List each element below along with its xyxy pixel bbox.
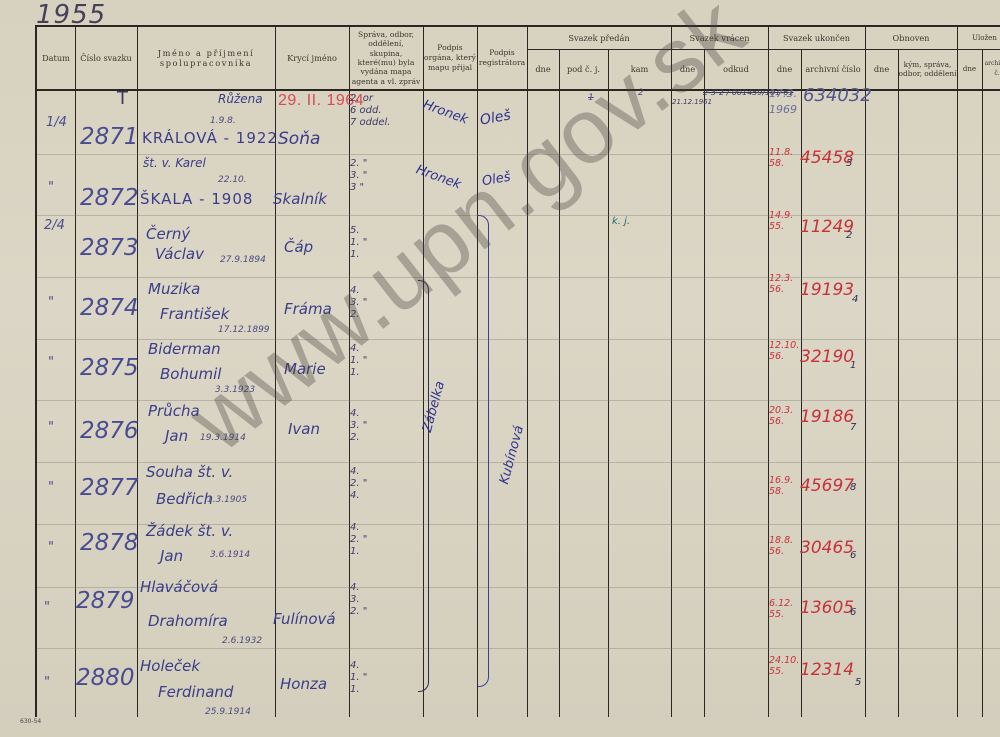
row-birth: 1.9.8. bbox=[210, 116, 236, 126]
row-archivni-cislo: 30465 bbox=[800, 538, 854, 558]
row-archiv-suffix: 8 bbox=[850, 482, 856, 493]
header-obnoven-kym: kým, správa, odbor, oddělení bbox=[898, 49, 957, 89]
row-predan-note: k. j. bbox=[612, 216, 630, 227]
row-sprava: 4. 2. " 4. bbox=[350, 466, 367, 502]
row-kryci-jmeno: Fulínová bbox=[273, 610, 336, 628]
header-obnoven: Obnoven bbox=[865, 27, 957, 49]
row-birth: 19.3.1914 bbox=[200, 433, 246, 443]
row-ukoncen-dne: 24.10. 55. bbox=[769, 655, 797, 677]
row-datum: " bbox=[44, 675, 50, 690]
row-sprava: 4. 3. " 2. bbox=[350, 285, 367, 321]
row-archiv-suffix: 7 bbox=[850, 422, 856, 433]
bracket-organ-signature bbox=[418, 280, 429, 692]
row-datum: 1/4 bbox=[46, 115, 67, 130]
header-kryci-jmeno: Krycí jméno bbox=[275, 27, 349, 89]
row-archivni-cislo: 45697 bbox=[800, 476, 854, 496]
row-archivni-cislo: 19193 bbox=[800, 280, 854, 300]
row-sprava: 4. 3. 2. " bbox=[350, 582, 367, 618]
header-podpis-registratora: Podpis registrátora bbox=[477, 27, 527, 89]
row-predan-pod-cj: 1 bbox=[588, 93, 594, 103]
row-ukoncen-dne: 12.10. 56. bbox=[769, 340, 797, 362]
row-cislo: 2872 bbox=[80, 185, 139, 211]
row-cislo: 2880 bbox=[76, 665, 135, 691]
row-ukoncen-dne: 11.8. 58. bbox=[769, 147, 797, 169]
row-archivni-cislo: 32190 bbox=[800, 347, 854, 367]
row-sprava: 4. 3. " 2. bbox=[350, 408, 367, 444]
row-archivni-cislo: 13605 bbox=[800, 598, 854, 618]
form-code: 630-54 bbox=[20, 718, 41, 725]
row-sprava: 4. 1. " 1. bbox=[350, 343, 367, 379]
row-kryci-jmeno: Fráma bbox=[284, 300, 332, 318]
row-sprava: 4. 2. " 1. bbox=[350, 522, 367, 558]
row-name-first: Biderman bbox=[148, 340, 221, 358]
row-name-first: Souha št. v. bbox=[146, 463, 233, 481]
header-predan-kam: kam bbox=[608, 49, 671, 89]
header-cislo-svazku: Číslo svazku bbox=[75, 27, 137, 89]
row-name-first: Muzika bbox=[148, 280, 200, 298]
row-archiv-suffix: 4 bbox=[852, 294, 858, 305]
row-kryci-jmeno: Skalník bbox=[273, 190, 327, 208]
row-vracen-dne: 21.12.1961 bbox=[672, 98, 712, 106]
row-name-last: Jan bbox=[165, 427, 188, 445]
row-name-first: Žádek št. v. bbox=[146, 522, 233, 540]
row-archivni-cislo: 12314 bbox=[800, 660, 854, 680]
row-cislo: 2871 bbox=[80, 124, 139, 150]
header-vracen-dne: dne bbox=[671, 49, 704, 89]
row-sprava: 5. 1. " 1. bbox=[350, 225, 367, 261]
row-archivni-cislo: 634032 bbox=[803, 85, 872, 106]
row-name-last: Bedřich bbox=[156, 490, 213, 508]
ledger-page: 1955 Datum Číslo svazku bbox=[0, 0, 1000, 737]
row-name-first: Holeček bbox=[140, 657, 200, 675]
header-vracen-odkud: odkud bbox=[704, 49, 768, 89]
header-sprava: Správa, odbor, oddělení, skupina, které(… bbox=[351, 27, 421, 89]
row-datum: " bbox=[48, 295, 54, 310]
header-ulozen-dne: dne bbox=[957, 49, 982, 89]
row-ukoncen-dne: 6.12. 55. bbox=[769, 598, 797, 620]
row-datum: " bbox=[48, 180, 54, 195]
row-name-first: Průcha bbox=[148, 402, 200, 420]
header-jmeno: Jméno a příjmení spolupracovníka bbox=[145, 27, 267, 89]
row-name-first: Hlaváčová bbox=[140, 578, 218, 596]
row-birth: 17.12.1899 bbox=[218, 325, 270, 335]
row-archiv-suffix: 6 bbox=[850, 607, 856, 618]
row-name-first: Růžena bbox=[218, 92, 263, 106]
row-ukoncen-dne: 17.3. 1969 bbox=[769, 86, 797, 118]
header-predan-dne: dne bbox=[527, 49, 559, 89]
row-name-last: Drahomíra bbox=[148, 612, 228, 630]
row-ukoncen-dne: 14.9. 55. bbox=[769, 210, 797, 232]
row-marker: T bbox=[117, 88, 128, 109]
row-cislo: 2876 bbox=[80, 418, 139, 444]
header-ukoncen-dne: dne bbox=[768, 49, 801, 89]
header-datum: Datum bbox=[37, 27, 75, 89]
row-datum: " bbox=[48, 480, 54, 495]
bracket-registrar-signature bbox=[478, 215, 489, 687]
header-svazek-vracen: Svazek vrácen bbox=[671, 27, 768, 49]
row-predan-kam: 2 bbox=[638, 88, 644, 98]
row-kryci-jmeno: Marie bbox=[284, 360, 326, 378]
row-ukoncen-dne: 16.9. 58. bbox=[769, 475, 797, 497]
row-cislo: 2877 bbox=[80, 475, 139, 501]
row-birth: 3.6.1914 bbox=[210, 550, 250, 560]
header-svazek-predan: Svazek předán bbox=[527, 27, 671, 49]
header-obnoven-dne: dne bbox=[865, 49, 898, 89]
header-podpis-organa: Podpis orgána, který mapu přijal bbox=[423, 27, 477, 89]
row-cislo: 2878 bbox=[80, 530, 139, 556]
row-ukoncen-dne: 18.8. 56. bbox=[769, 535, 797, 557]
row-birth: 1.3.1905 bbox=[207, 495, 247, 505]
row-birth: 2.6.1932 bbox=[222, 636, 262, 646]
row-name-last: ŠKALA - 1908 bbox=[140, 190, 253, 208]
header-ulozen: Uložen bbox=[957, 27, 1000, 49]
row-archiv-suffix: 1 bbox=[850, 360, 856, 371]
row-name-last: František bbox=[160, 305, 229, 323]
row-cislo: 2874 bbox=[80, 295, 139, 321]
row-birth: 25.9.1914 bbox=[205, 707, 251, 717]
row-sprava: 2. or 6 odd. 7 oddel. bbox=[350, 93, 390, 129]
header-svazek-ukoncen: Svazek ukončen bbox=[768, 27, 865, 49]
row-datum: " bbox=[44, 600, 50, 615]
row-birth: 27.9.1894 bbox=[220, 255, 266, 265]
row-datum: " bbox=[48, 420, 54, 435]
row-name-last: Jan bbox=[160, 547, 183, 565]
row-datum: " bbox=[48, 355, 54, 370]
row-archiv-suffix: 5 bbox=[846, 158, 852, 169]
row-datum: " bbox=[48, 540, 54, 555]
row-name-first: št. v. Karel bbox=[143, 156, 206, 170]
row-cislo: 2873 bbox=[80, 235, 139, 261]
row-datum: 2/4 bbox=[44, 218, 65, 233]
row-sprava: 2. " 3. " 3 " bbox=[350, 158, 367, 194]
header-predan-pod-cj: pod č. j. bbox=[559, 49, 608, 89]
row-archivni-cislo: 19186 bbox=[800, 407, 854, 427]
row-cislo: 2875 bbox=[80, 355, 139, 381]
row-ukoncen-dne: 12.3. 56. bbox=[769, 273, 797, 295]
row-name-last: Ferdinand bbox=[158, 683, 233, 701]
row-kryci-jmeno: Honza bbox=[280, 675, 327, 693]
row-name-last: KRÁLOVÁ - 1922 bbox=[142, 129, 278, 147]
row-archiv-suffix: 5 bbox=[855, 677, 861, 688]
row-name-last: Bohumil bbox=[160, 365, 221, 383]
row-birth: 22.10. bbox=[218, 175, 247, 185]
row-ukoncen-dne: 20.3. 56. bbox=[769, 405, 797, 427]
header-ulozen-archivni: archivní č. bbox=[982, 49, 1000, 89]
row-archiv-suffix: 6 bbox=[850, 550, 856, 561]
row-name-last: Václav bbox=[155, 245, 204, 263]
row-birth: 3.3.1923 bbox=[215, 385, 255, 395]
row-kryci-jmeno: Čáp bbox=[284, 238, 313, 256]
header-archivni-cislo: archivní číslo bbox=[801, 49, 865, 89]
row-kryci-jmeno: Soňa bbox=[278, 129, 320, 149]
row-archiv-suffix: 2 bbox=[846, 230, 852, 241]
row-cislo: 2879 bbox=[76, 588, 135, 614]
row-sprava: 4. 1. " 1. bbox=[350, 660, 367, 696]
row-name-first: Černý bbox=[146, 225, 190, 243]
row-kryci-jmeno: Ivan bbox=[288, 420, 320, 438]
